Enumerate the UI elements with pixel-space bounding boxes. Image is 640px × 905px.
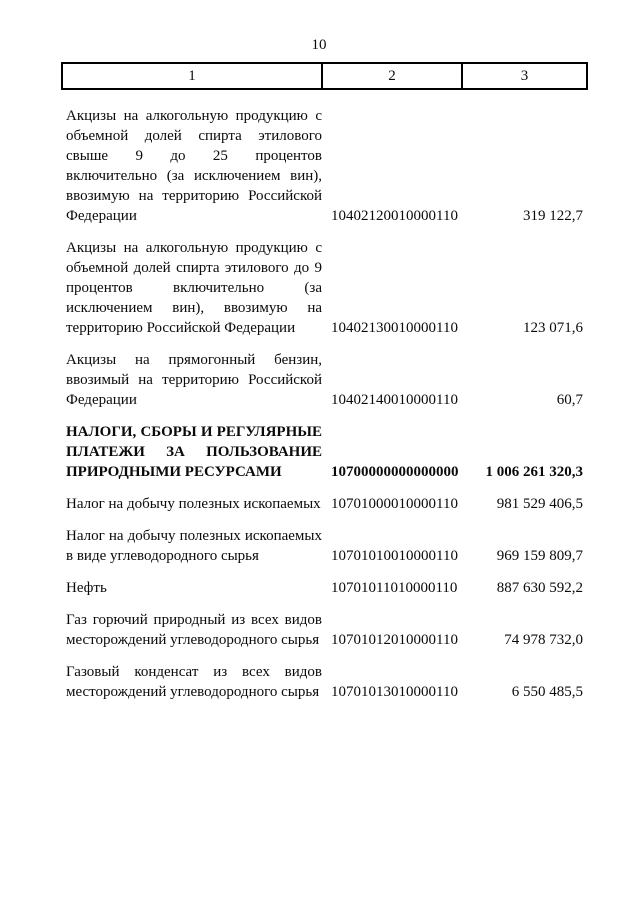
page-number: 10	[0, 36, 638, 54]
budget-classification-code: 10402140010000110	[331, 390, 463, 410]
revenue-item-name: Налог на добычу полезных ископаемых в ви…	[66, 526, 322, 566]
column-header-2: 2	[323, 64, 463, 88]
table-body: Акцизы на алкогольную продукцию с объемн…	[66, 106, 583, 714]
amount-value: 981 529 406,5	[463, 494, 583, 514]
amount-value: 123 071,6	[463, 318, 583, 338]
table-row: Газовый конденсат из всех видов месторож…	[66, 662, 583, 702]
amount-value: 74 978 732,0	[463, 630, 583, 650]
revenue-item-name: НАЛОГИ, СБОРЫ И РЕГУЛЯРНЫЕ ПЛАТЕЖИ ЗА ПО…	[66, 422, 322, 482]
budget-classification-code: 10402120010000110	[331, 206, 463, 226]
amount-value: 969 159 809,7	[463, 546, 583, 566]
table-row: Газ горючий природный из всех видов мест…	[66, 610, 583, 650]
budget-classification-code: 10701011010000110	[331, 578, 463, 598]
budget-classification-code: 10701010010000110	[331, 546, 463, 566]
table-row: Акцизы на прямогонный бензин, ввозимый н…	[66, 350, 583, 410]
table-row: Налог на добычу полезных ископаемых 1070…	[66, 494, 583, 514]
column-header-1: 1	[63, 64, 323, 88]
table-header-row: 1 2 3	[61, 62, 588, 90]
revenue-item-name: Акцизы на алкогольную продукцию с объемн…	[66, 238, 322, 338]
amount-value: 60,7	[463, 390, 583, 410]
revenue-item-name: Газовый конденсат из всех видов месторож…	[66, 662, 322, 702]
table-row: НАЛОГИ, СБОРЫ И РЕГУЛЯРНЫЕ ПЛАТЕЖИ ЗА ПО…	[66, 422, 583, 482]
revenue-item-name: Акцизы на алкогольную продукцию с объемн…	[66, 106, 322, 226]
amount-value: 319 122,7	[463, 206, 583, 226]
amount-value: 887 630 592,2	[463, 578, 583, 598]
table-row: Акцизы на алкогольную продукцию с объемн…	[66, 238, 583, 338]
revenue-item-name: Нефть	[66, 578, 322, 598]
budget-classification-code: 10402130010000110	[331, 318, 463, 338]
table-row: Налог на добычу полезных ископаемых в ви…	[66, 526, 583, 566]
budget-classification-code: 10701013010000110	[331, 682, 463, 702]
budget-classification-code: 10701012010000110	[331, 630, 463, 650]
revenue-item-name: Налог на добычу полезных ископаемых	[66, 494, 322, 514]
revenue-item-name: Газ горючий природный из всех видов мест…	[66, 610, 322, 650]
budget-classification-code: 10700000000000000	[331, 462, 463, 482]
budget-classification-code: 10701000010000110	[331, 494, 463, 514]
amount-value: 6 550 485,5	[463, 682, 583, 702]
amount-value: 1 006 261 320,3	[463, 462, 583, 482]
table-row: Акцизы на алкогольную продукцию с объемн…	[66, 106, 583, 226]
revenue-item-name: Акцизы на прямогонный бензин, ввозимый н…	[66, 350, 322, 410]
column-header-3: 3	[463, 64, 586, 88]
table-row: Нефть 10701011010000110 887 630 592,2	[66, 578, 583, 598]
